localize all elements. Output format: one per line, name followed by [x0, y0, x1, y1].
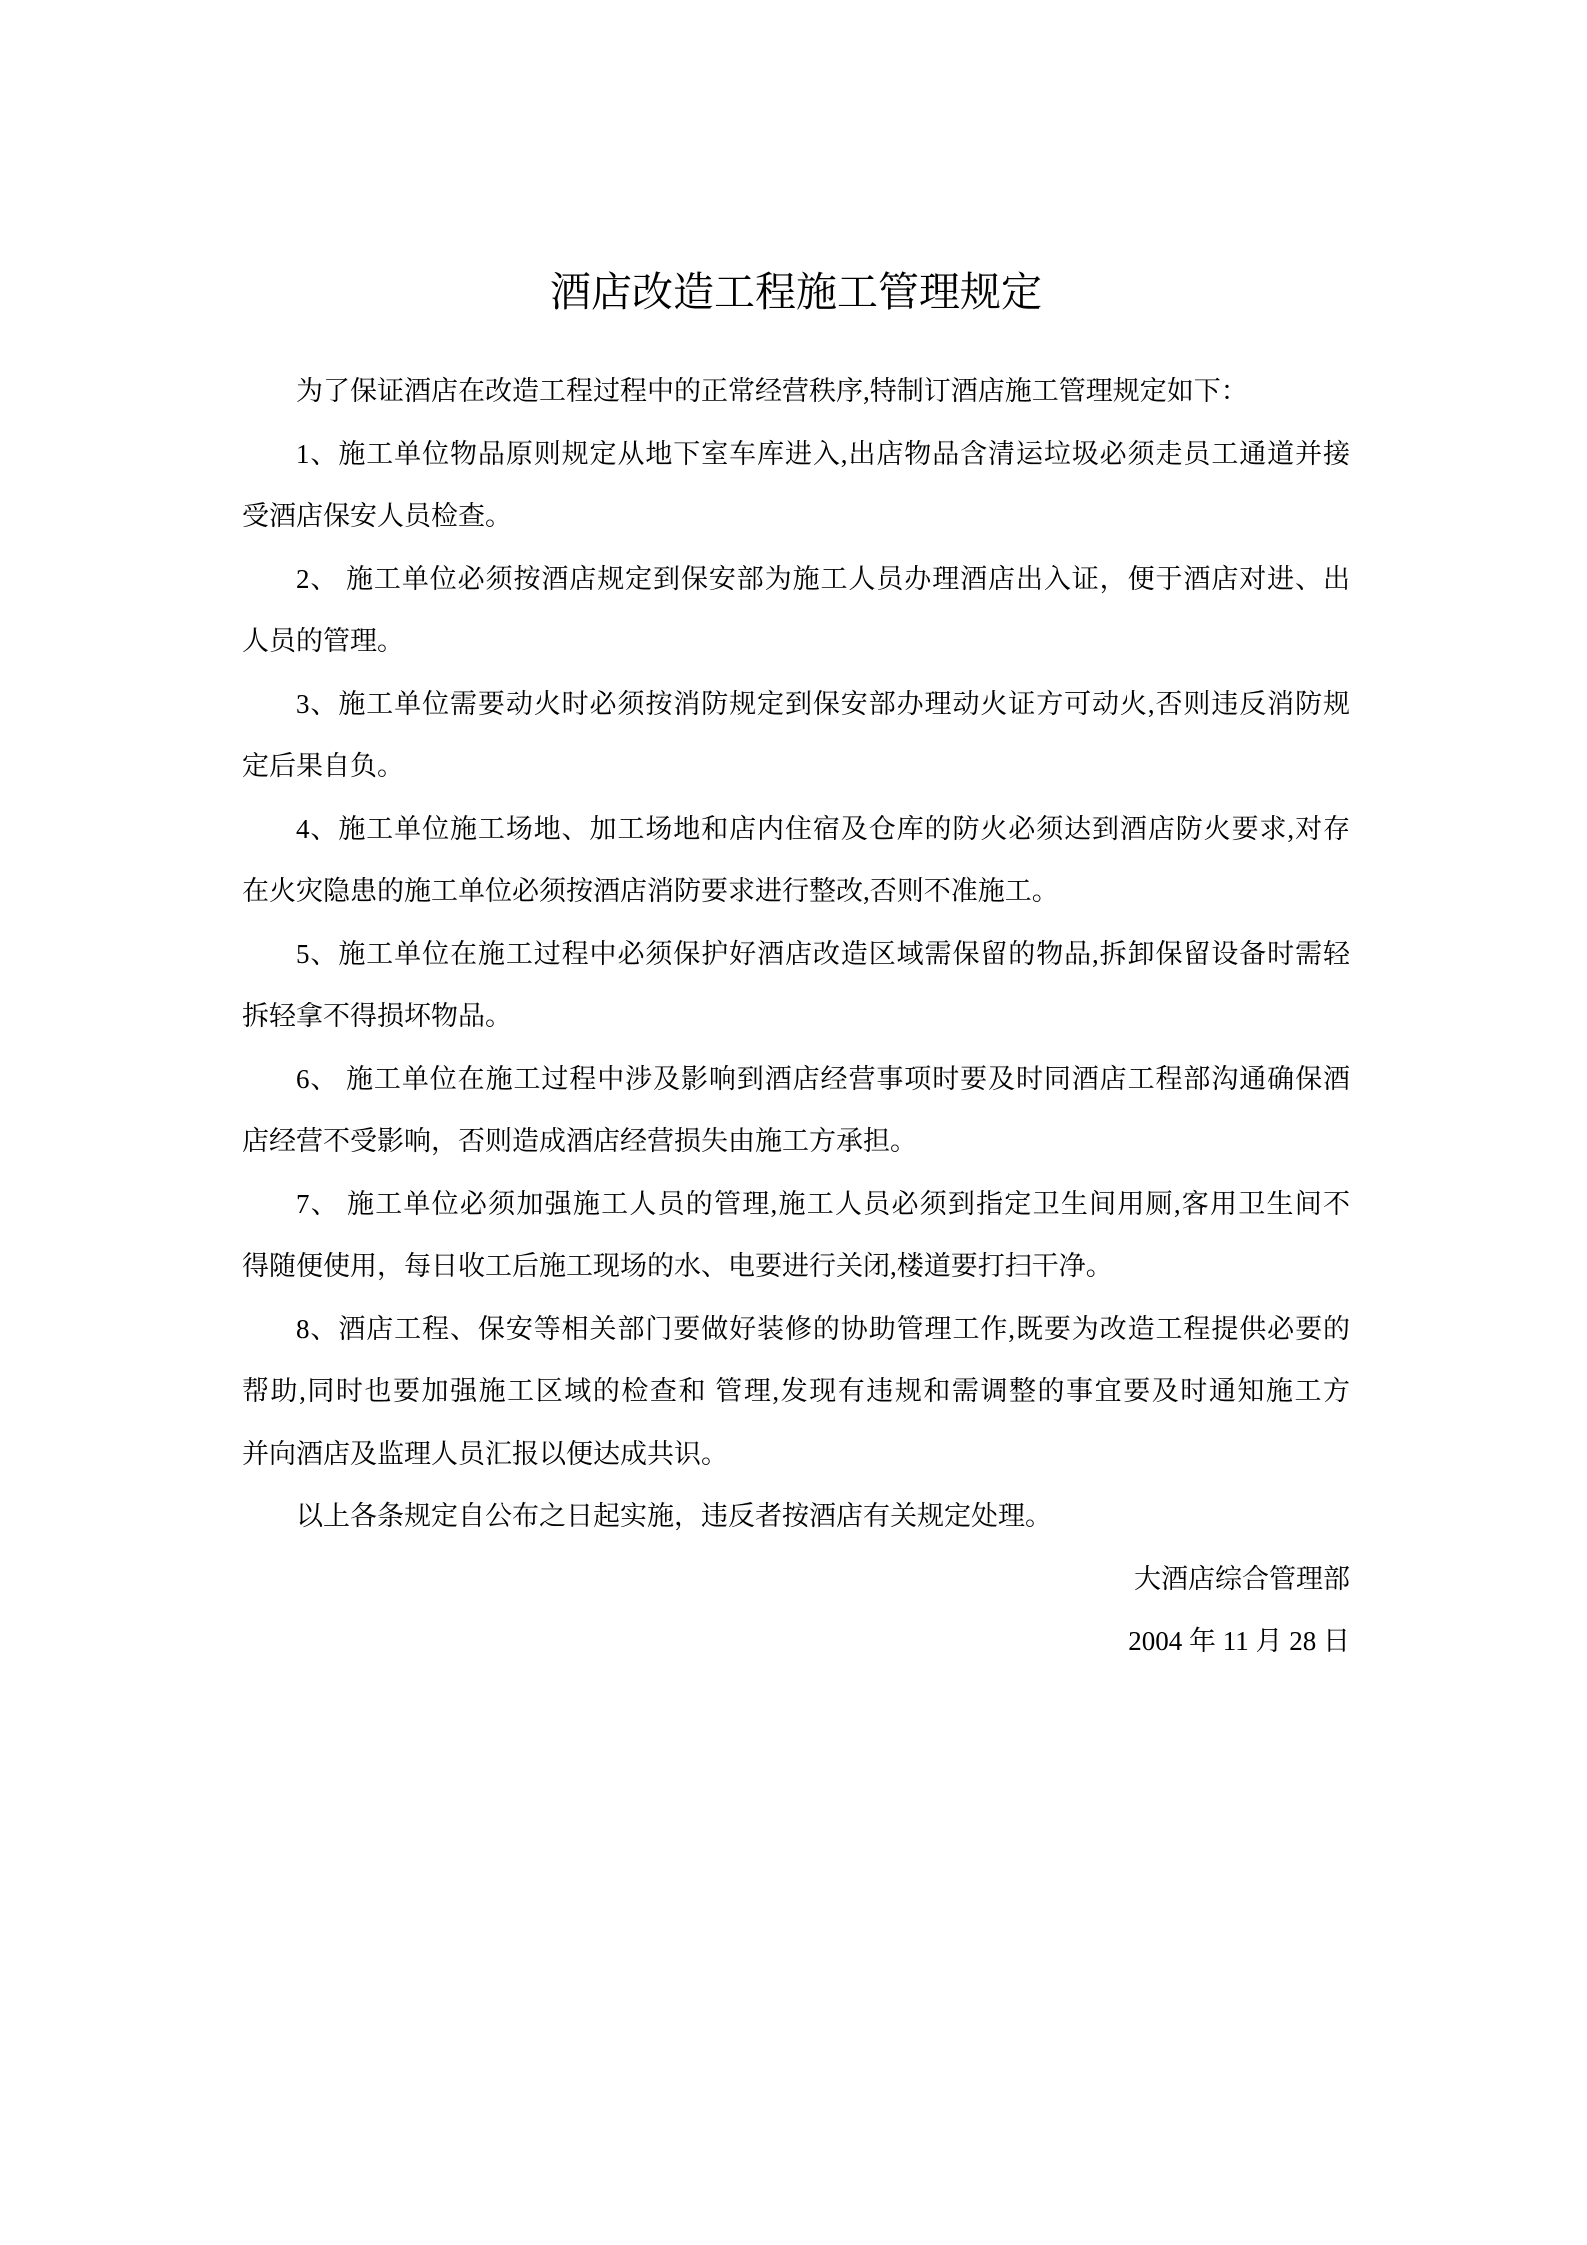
document-line: 1、施工单位物品原则规定从地下室车库进入,出店物品含清运垃圾必须走员工通道并接: [242, 423, 1350, 486]
document-line: 为了保证酒店在改造工程过程中的正常经营秩序,特制订酒店施工管理规定如下：: [242, 360, 1350, 423]
document-line: 受酒店保安人员检查。: [242, 485, 1350, 548]
document-line: 4、施工单位施工场地、加工场地和店内住宿及仓库的防火必须达到酒店防火要求,对存: [242, 798, 1350, 861]
document-line: 帮助,同时也要加强施工区域的检查和 管理,发现有违规和需调整的事宜要及时通知施工…: [242, 1360, 1350, 1423]
document-line: 定后果自负。: [242, 735, 1350, 798]
document-line: 5、施工单位在施工过程中必须保护好酒店改造区域需保留的物品,拆卸保留设备时需轻: [242, 923, 1350, 986]
document-line: 得随便使用，每日收工后施工现场的水、电要进行关闭,楼道要打扫干净。: [242, 1235, 1350, 1298]
document-line: 以上各条规定自公布之日起实施，违反者按酒店有关规定处理。: [242, 1485, 1350, 1548]
document-line: 人员的管理。: [242, 610, 1350, 673]
document-line: 7、 施工单位必须加强施工人员的管理,施工人员必须到指定卫生间用厕,客用卫生间不: [242, 1173, 1350, 1236]
document-date-line: 2004 年 11 月 28 日: [242, 1610, 1350, 1673]
document-line: 店经营不受影响，否则造成酒店经营损失由施工方承担。: [242, 1110, 1350, 1173]
document-line: 3、施工单位需要动火时必须按消防规定到保安部办理动火证方可动火,否则违反消防规: [242, 673, 1350, 736]
document-title: 酒店改造工程施工管理规定: [242, 262, 1350, 322]
document-page: 酒店改造工程施工管理规定 为了保证酒店在改造工程过程中的正常经营秩序,特制订酒店…: [0, 0, 1587, 2245]
document-line: 2、 施工单位必须按酒店规定到保安部为施工人员办理酒店出入证，便于酒店对进、出: [242, 548, 1350, 611]
document-line: 8、酒店工程、保安等相关部门要做好装修的协助管理工作,既要为改造工程提供必要的: [242, 1298, 1350, 1361]
document-signature-line: 大酒店综合管理部: [242, 1548, 1350, 1611]
document-line: 6、 施工单位在施工过程中涉及影响到酒店经营事项时要及时同酒店工程部沟通确保酒: [242, 1048, 1350, 1111]
document-line: 在火灾隐患的施工单位必须按酒店消防要求进行整改,否则不准施工。: [242, 860, 1350, 923]
document-line: 并向酒店及监理人员汇报以便达成共识。: [242, 1423, 1350, 1486]
document-line: 拆轻拿不得损坏物品。: [242, 985, 1350, 1048]
